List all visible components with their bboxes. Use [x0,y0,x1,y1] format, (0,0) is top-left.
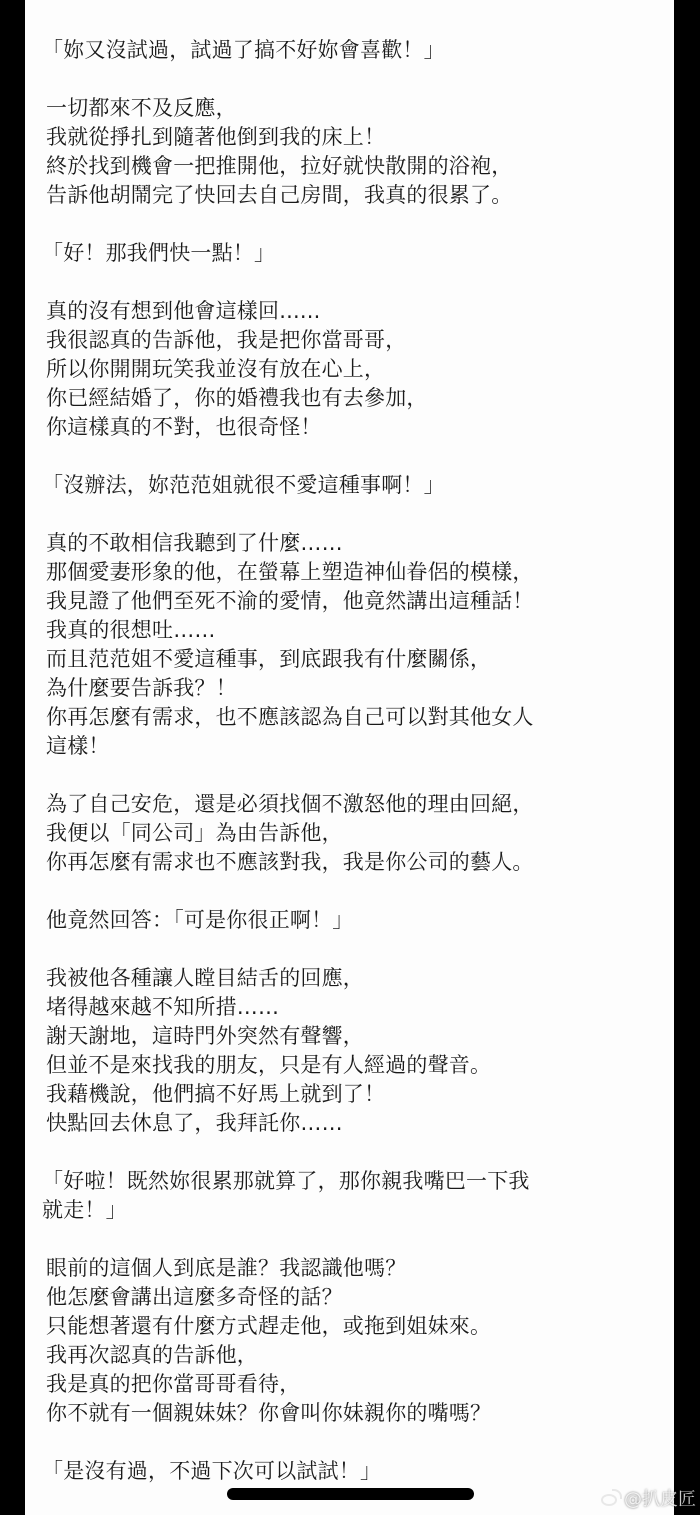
text-line: 我藉機說，他們搞不好馬上就到了！ [46,1080,666,1109]
dialogue-quote: 「好啦！既然妳很累那就算了，那你親我嘴巴一下我就走！」 [42,1167,666,1225]
text-line: 這樣！ [46,732,666,761]
watermark-handle: @扒皮匠 [624,1485,696,1511]
text-line: 「好！那我們快一點！」 [42,239,666,268]
narration-paragraph: 我被他各種讓人瞠目結舌的回應，堵得越來越不知所措……謝天謝地，這時門外突然有聲響… [46,964,666,1138]
document-page: 「妳又沒試過，試過了搞不好妳會喜歡！」一切都來不及反應，我就從掙扎到隨著他倒到我… [25,0,674,1515]
text-line: 我真的很想吐…… [46,616,666,645]
text-line: 就走！」 [42,1196,666,1225]
text-line: 你已經結婚了，你的婚禮我也有去參加， [46,384,666,413]
weibo-icon [600,1489,622,1507]
narration-paragraph: 真的不敢相信我聽到了什麼……那個愛妻形象的他，在螢幕上塑造神仙眷侶的模樣，我見證… [46,529,666,761]
narration-paragraph: 為了自己安危，還是必須找個不激怒他的理由回絕，我便以「同公司」為由告訴他，你再怎… [46,790,666,877]
text-line: 我是真的把你當哥哥看待， [46,1370,666,1399]
text-line: 我再次認真的告訴他， [46,1341,666,1370]
text-line: 一切都來不及反應， [46,94,666,123]
text-line: 真的沒有想到他會這樣回...... [46,297,666,326]
text-line: 堵得越來越不知所措…… [46,993,666,1022]
text-line: 他怎麼會講出這麼多奇怪的話？ [46,1283,666,1312]
text-line: 只能想著還有什麼方式趕走他，或拖到姐妹來。 [46,1312,666,1341]
text-line: 「是沒有過，不過下次可以試試！」 [42,1457,666,1486]
text-line: 但並不是來找我的朋友，只是有人經過的聲音。 [46,1051,666,1080]
text-line: 告訴他胡鬧完了快回去自己房間，我真的很累了。 [46,181,666,210]
text-line: 你再怎麼有需求，也不應該認為自己可以對其他女人 [46,703,666,732]
text-line: 「好啦！既然妳很累那就算了，那你親我嘴巴一下我 [42,1167,666,1196]
text-line: 為什麼要告訴我？！ [46,674,666,703]
narration-paragraph: 眼前的這個人到底是誰？我認識他嗎？他怎麼會講出這麼多奇怪的話？只能想著還有什麼方… [46,1254,666,1428]
text-line: 而且范范姐不愛這種事，到底跟我有什麼關係， [46,645,666,674]
document-body: 「妳又沒試過，試過了搞不好妳會喜歡！」一切都來不及反應，我就從掙扎到隨著他倒到我… [46,36,666,1515]
text-line: 我就從掙扎到隨著他倒到我的床上！ [46,123,666,152]
text-line: 「妳又沒試過，試過了搞不好妳會喜歡！」 [42,36,666,65]
text-line: 你這樣真的不對，也很奇怪！ [46,413,666,442]
text-line: 我便以「同公司」為由告訴他， [46,819,666,848]
text-line: 我很認真的告訴他，我是把你當哥哥， [46,326,666,355]
text-line: 那個愛妻形象的他，在螢幕上塑造神仙眷侶的模樣， [46,558,666,587]
narration-paragraph: 他竟然回答：「可是你很正啊！」 [46,906,666,935]
text-line: 你不就有一個親妹妹？你會叫你妹親你的嘴嗎？ [46,1399,666,1428]
text-line: 眼前的這個人到底是誰？我認識他嗎？ [46,1254,666,1283]
text-line: 所以你開開玩笑我並沒有放在心上， [46,355,666,384]
text-line: 真的不敢相信我聽到了什麼…… [46,529,666,558]
text-line: 「沒辦法，妳范范姐就很不愛這種事啊！」 [42,471,666,500]
text-line: 終於找到機會一把推開他，拉好就快散開的浴袍， [46,152,666,181]
narration-paragraph: 真的沒有想到他會這樣回......我很認真的告訴他，我是把你當哥哥，所以你開開玩… [46,297,666,442]
text-line: 為了自己安危，還是必須找個不激怒他的理由回絕， [46,790,666,819]
text-line: 謝天謝地，這時門外突然有聲響， [46,1022,666,1051]
narration-paragraph: 一切都來不及反應，我就從掙扎到隨著他倒到我的床上！終於找到機會一把推開他，拉好就… [46,94,666,210]
text-line: 他竟然回答：「可是你很正啊！」 [46,906,666,935]
watermark: @扒皮匠 [600,1485,696,1511]
text-line: 我見證了他們至死不渝的愛情，他竟然講出這種話！ [46,587,666,616]
dialogue-quote: 「沒辦法，妳范范姐就很不愛這種事啊！」 [42,471,666,500]
home-indicator-bar[interactable] [227,1488,474,1500]
text-line: 你再怎麼有需求也不應該對我，我是你公司的藝人。 [46,848,666,877]
dialogue-quote: 「妳又沒試過，試過了搞不好妳會喜歡！」 [42,36,666,65]
dialogue-quote: 「是沒有過，不過下次可以試試！」 [42,1457,666,1486]
text-line: 我被他各種讓人瞠目結舌的回應， [46,964,666,993]
text-line: 快點回去休息了，我拜託你…… [46,1109,666,1138]
dialogue-quote: 「好！那我們快一點！」 [42,239,666,268]
